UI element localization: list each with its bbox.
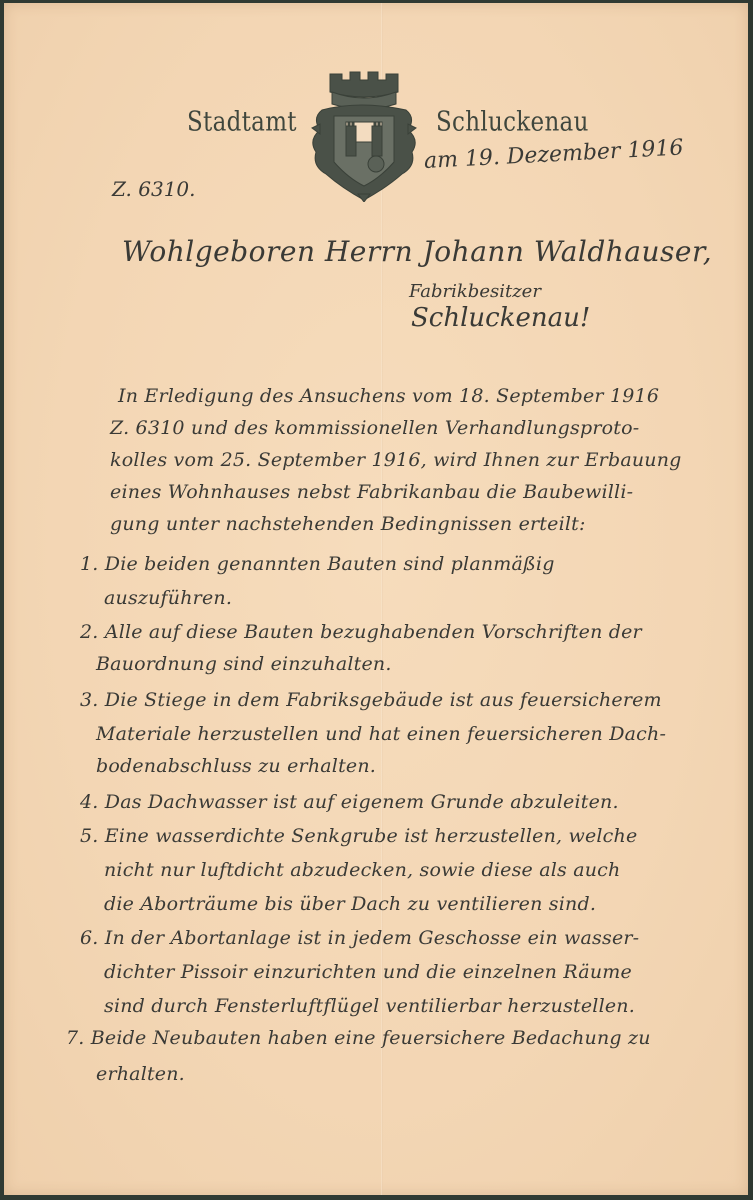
body-line: 2. Alle auf diese Bauten bezughabenden V… bbox=[80, 621, 642, 643]
letterhead-office: Stadtamt bbox=[187, 107, 297, 138]
body-line: In Erledigung des Ansuchens vom 18. Sept… bbox=[118, 385, 659, 407]
body-line: dichter Pissoir einzurichten und die ein… bbox=[104, 961, 632, 983]
body-line: kolles vom 25. September 1916, wird Ihne… bbox=[110, 449, 682, 471]
body-line: 6. In der Abortanlage ist in jedem Gesch… bbox=[80, 927, 639, 949]
letter-date: am 19. Dezember 1916 bbox=[423, 135, 684, 174]
body-line: Materiale herzustellen und hat einen feu… bbox=[96, 723, 666, 745]
letterhead-town: Schluckenau bbox=[436, 107, 589, 138]
body-line: erhalten. bbox=[96, 1063, 185, 1085]
salutation: Wohlgeboren Herrn Johann Waldhauser, bbox=[122, 235, 712, 268]
reference-number: Z. 6310. bbox=[112, 177, 196, 201]
body-line: sind durch Fensterluftflügel ventilierba… bbox=[104, 995, 635, 1017]
recipient-town: Schluckenau! bbox=[411, 303, 590, 333]
body-line: nicht nur luftdicht abzudecken, sowie di… bbox=[104, 859, 620, 881]
town-coat-of-arms-icon bbox=[308, 66, 420, 202]
body-line: Bauordnung sind einzuhalten. bbox=[96, 653, 392, 675]
body-line: 7. Beide Neubauten haben eine feuersiche… bbox=[66, 1027, 651, 1049]
body-line: die Aborträume bis über Dach zu ventilie… bbox=[104, 893, 596, 915]
body-line: auszuführen. bbox=[104, 587, 232, 609]
body-line: 1. Die beiden genannten Bauten sind plan… bbox=[80, 553, 555, 575]
body-line: gung unter nachstehenden Bedingnissen er… bbox=[110, 513, 586, 535]
body-line: 3. Die Stiege in dem Fabriksgebäude ist … bbox=[80, 689, 662, 711]
body-line: bodenabschluss zu erhalten. bbox=[96, 755, 376, 777]
body-line: Z. 6310 und des kommissionellen Verhandl… bbox=[110, 417, 639, 439]
body-line: 5. Eine wasserdichte Senkgrube ist herzu… bbox=[80, 825, 637, 847]
body-line: eines Wohnhauses nebst Fabrikanbau die B… bbox=[110, 481, 633, 503]
recipient-title: Fabrikbesitzer bbox=[409, 281, 541, 302]
letter-page: Stadtamt Schluckenau am 19. Dezember 191… bbox=[4, 3, 748, 1195]
body-line: 4. Das Dachwasser ist auf eigenem Grunde… bbox=[80, 791, 619, 813]
